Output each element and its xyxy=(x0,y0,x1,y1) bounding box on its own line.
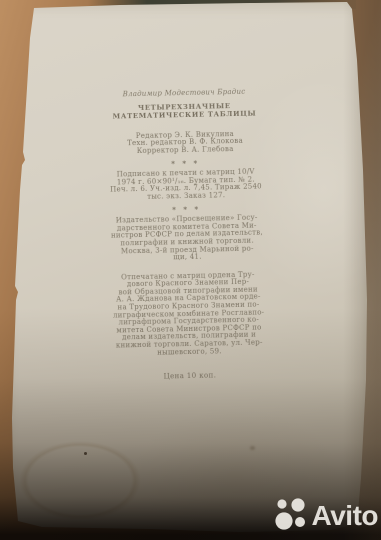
print-imprint: Подписано к печати с матриц 10/V1974 г. … xyxy=(91,168,282,202)
avito-brand-text: Avito xyxy=(312,499,378,533)
publisher-info: Издательство «Просвещение» Госу-дарствен… xyxy=(92,214,283,264)
paper-stain xyxy=(250,446,255,450)
paper-speck xyxy=(84,452,87,455)
colophon: Владимир Модестович Брадис ЧЕТЫРЕХЗНАЧНЫ… xyxy=(89,88,285,383)
listing-photo: Владимир Модестович Брадис ЧЕТЫРЕХЗНАЧНЫ… xyxy=(0,0,381,540)
editorial-staff: Редактор Э. К. ВикулинаТехн. редактор В.… xyxy=(90,130,280,157)
avito-watermark: Avito xyxy=(273,496,378,536)
avito-logo-icon xyxy=(273,496,309,536)
book-title: ЧЕТЫРЕХЗНАЧНЫЕМАТЕМАТИЧЕСКИЕ ТАБЛИЦЫ xyxy=(89,101,279,122)
printer-info: Отпечатано с матриц ордена Тру-дового Кр… xyxy=(93,271,285,358)
